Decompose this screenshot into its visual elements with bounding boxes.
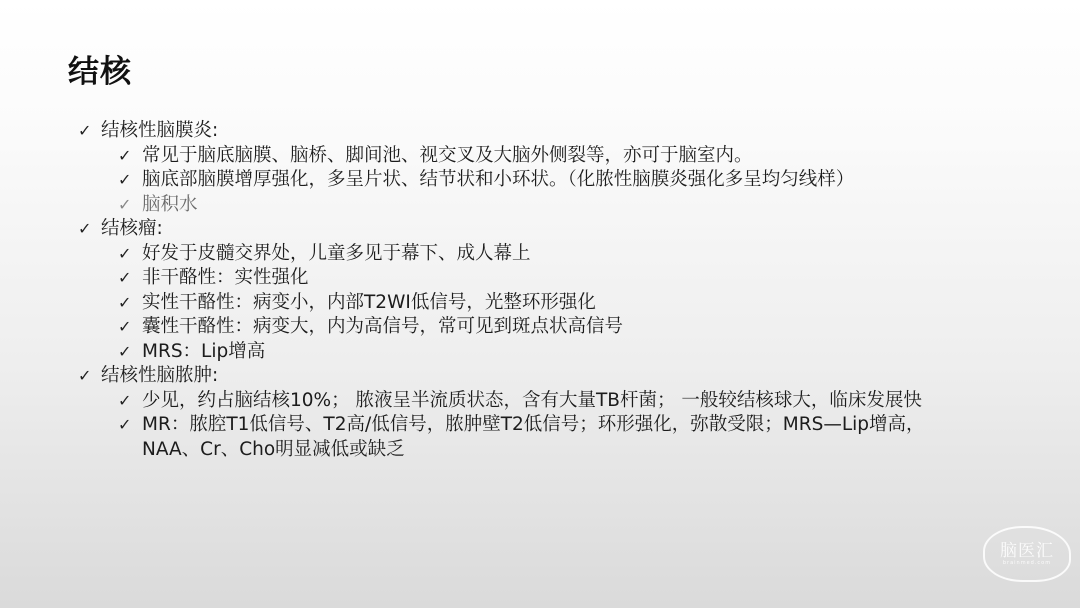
- slide: 结核 ✓ 结核性脑膜炎: ✓ 常见于脑底脑膜、脑桥、脚间池、视交叉及大脑外侧裂等…: [0, 0, 1080, 608]
- check-icon: ✓: [118, 168, 131, 193]
- section-heading-tb-abscess: ✓ 结核性脑脓肿:: [78, 364, 978, 389]
- list-item: ✓ MRS：Lip增高: [78, 340, 978, 365]
- heading-text: 结核性脑脓肿:: [101, 365, 218, 386]
- check-icon: ✓: [78, 217, 91, 242]
- check-icon: ✓: [118, 193, 131, 218]
- item-text: 少见，约占脑结核10%； 脓液呈半流质状态，含有大量TB杆菌； 一般较结核球大，…: [142, 390, 922, 411]
- list-item: ✓ MR：脓腔T1低信号、T2高/低信号，脓肿壁T2低信号；环形强化，弥散受限；…: [78, 413, 952, 462]
- watermark-text: 脑医汇: [985, 536, 1069, 561]
- check-icon: ✓: [78, 364, 91, 389]
- bullet-list: ✓ 结核性脑膜炎: ✓ 常见于脑底脑膜、脑桥、脚间池、视交叉及大脑外侧裂等，亦可…: [78, 119, 978, 462]
- list-item: ✓ 常见于脑底脑膜、脑桥、脚间池、视交叉及大脑外侧裂等，亦可于脑室内。: [78, 144, 952, 169]
- watermark-logo: 脑医汇 brainmed.com: [983, 526, 1071, 582]
- item-text: 囊性干酪性：病变大，内为高信号，常可见到斑点状高信号: [142, 316, 623, 337]
- section-heading-tuberculoma: ✓ 结核瘤:: [78, 217, 978, 242]
- check-icon: ✓: [118, 242, 131, 267]
- item-text: 常见于脑底脑膜、脑桥、脚间池、视交叉及大脑外侧裂等，亦可于脑室内。: [142, 145, 753, 166]
- item-text: 实性干酪性：病变小，内部T2WI低信号，光整环形强化: [142, 292, 596, 313]
- item-text: 好发于皮髓交界处，儿童多见于幕下、成人幕上: [142, 243, 531, 264]
- item-text: 非干酪性：实性强化: [142, 267, 309, 288]
- item-text: 脑积水: [142, 194, 198, 215]
- list-item: ✓ 非干酪性：实性强化: [78, 266, 978, 291]
- watermark-subtext: brainmed.com: [985, 560, 1069, 566]
- check-icon: ✓: [118, 144, 131, 169]
- heading-text: 结核瘤:: [101, 218, 163, 239]
- slide-title: 结核: [68, 46, 132, 91]
- heading-text: 结核性脑膜炎:: [101, 120, 218, 141]
- check-icon: ✓: [118, 291, 131, 316]
- list-item: ✓ 囊性干酪性：病变大，内为高信号，常可见到斑点状高信号: [78, 315, 978, 340]
- section-heading-tb-meningitis: ✓ 结核性脑膜炎:: [78, 119, 978, 144]
- check-icon: ✓: [118, 413, 131, 438]
- check-icon: ✓: [118, 315, 131, 340]
- item-text: MRS：Lip增高: [142, 341, 265, 362]
- list-item: ✓ 实性干酪性：病变小，内部T2WI低信号，光整环形强化: [78, 291, 978, 316]
- check-icon: ✓: [118, 266, 131, 291]
- list-item: ✓ 好发于皮髓交界处，儿童多见于幕下、成人幕上: [78, 242, 978, 267]
- check-icon: ✓: [78, 119, 91, 144]
- check-icon: ✓: [118, 340, 131, 365]
- item-text: 脑底部脑膜增厚强化，多呈片状、结节状和小环状。（化脓性脑膜炎强化多呈均匀线样）: [142, 169, 854, 190]
- list-item: ✓ 脑底部脑膜增厚强化，多呈片状、结节状和小环状。（化脓性脑膜炎强化多呈均匀线样…: [78, 168, 952, 193]
- item-text: MR：脓腔T1低信号、T2高/低信号，脓肿壁T2低信号；环形强化，弥散受限；MR…: [142, 414, 925, 460]
- check-icon: ✓: [118, 389, 131, 414]
- list-item: ✓ 脑积水: [78, 193, 978, 218]
- list-item: ✓ 少见，约占脑结核10%； 脓液呈半流质状态，含有大量TB杆菌； 一般较结核球…: [78, 389, 952, 414]
